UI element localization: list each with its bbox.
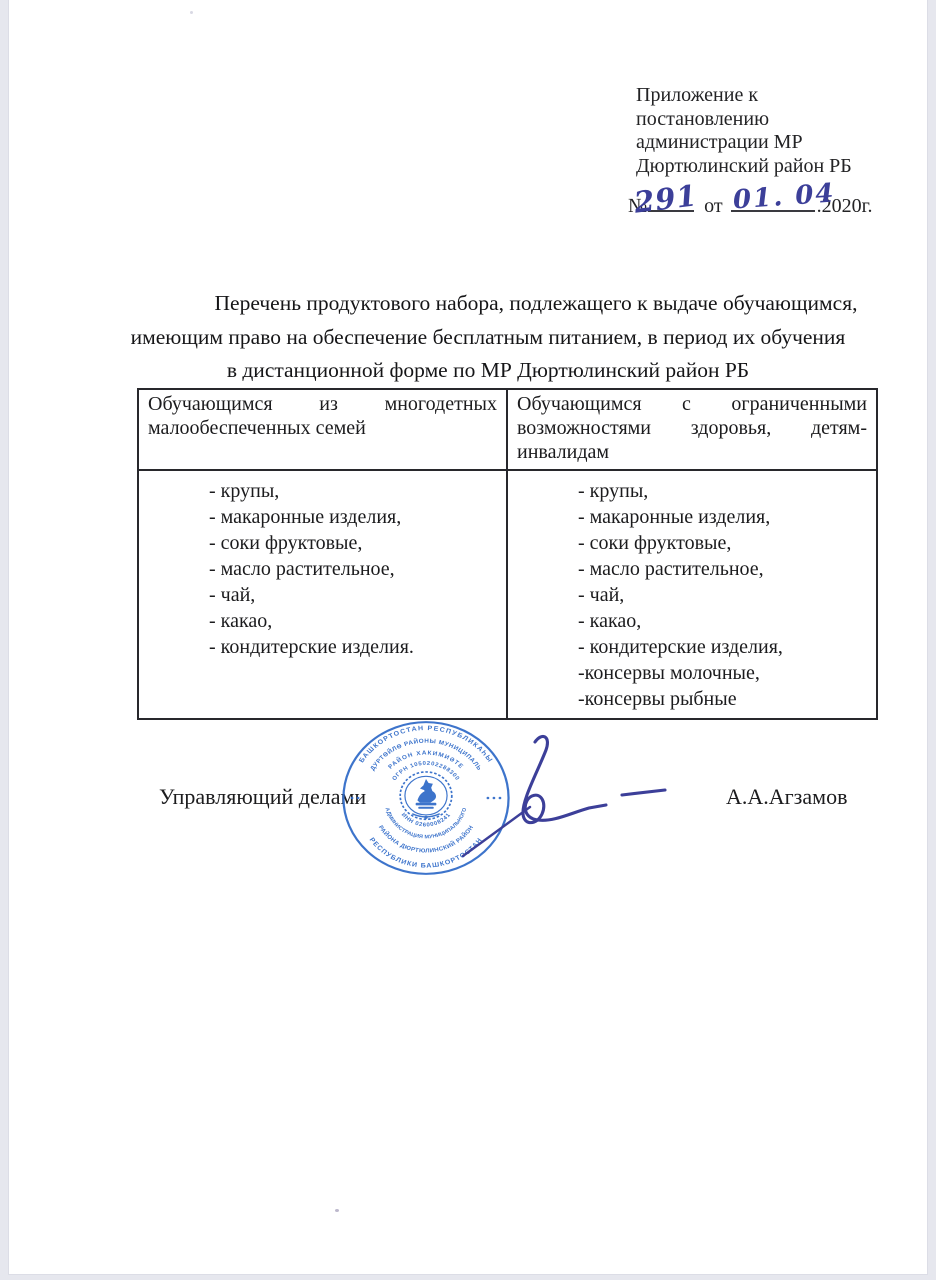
product-list-left: - крупы,- макаронные изделия,- соки фрук… [139,471,508,718]
signatory-role-label: Управляющий делами [159,784,366,810]
product-list-item: - соки фруктовые, [578,530,870,556]
product-list-item: - макаронные изделия, [209,504,500,530]
handwritten-signature [439,728,679,868]
appendix-reference-line: Приложение к [636,84,886,108]
product-list-item: - какао, [578,608,870,634]
table-header-row: Обучающимся из многодетных малообеспечен… [139,390,876,471]
appendix-reference-line: постановлению [636,108,886,132]
product-list-right: - крупы,- макаронные изделия,- соки фрук… [508,471,876,718]
table-header-left: Обучающимся из многодетных малообеспечен… [139,390,508,469]
ot-label: от [704,195,722,218]
product-list-item: - какао, [209,608,500,634]
product-list-item: - масло растительное, [209,556,500,582]
product-list-item: - крупы, [578,478,870,504]
product-list-item: - кондитерские изделия, [578,634,870,660]
scan-speck [335,1209,339,1212]
product-list-item: - соки фруктовые, [209,530,500,556]
table-body-row: - крупы,- макаронные изделия,- соки фрук… [139,471,876,718]
document-page: Приложение кпостановлениюадминистрации М… [9,0,927,1274]
product-list-item: - чай, [209,582,500,608]
number-sign-label: № [628,195,647,218]
appendix-reference-block: Приложение кпостановлениюадминистрации М… [636,84,886,178]
scanned-document: { "header": { "lines": [ "Приложение к",… [0,0,936,1280]
scan-speck [190,11,193,14]
document-title-line: имеющим право на обеспечение бесплатным … [110,321,866,355]
appendix-reference-line: администрации МР [636,131,886,155]
product-list-item: - кондитерские изделия. [209,634,500,660]
products-table: Обучающимся из многодетных малообеспечен… [137,388,878,720]
product-list-item: - крупы, [209,478,500,504]
date-blank-underline: 01. 04 [731,186,815,212]
product-list-item: - макаронные изделия, [578,504,870,530]
product-list-item: -консервы рыбные [578,686,870,712]
product-list-item: - масло растительное, [578,556,870,582]
signatory-name: А.А.Агзамов [726,784,847,810]
product-list-item: -консервы молочные, [578,660,870,686]
document-title-line: Перечень продуктового набора, подлежащег… [110,287,866,321]
product-list-item: - чай, [578,582,870,608]
resolution-number-line: №291от01. 04.2020г. [628,186,873,220]
year-suffix-label: .2020г. [817,195,873,218]
document-title-line: в дистанционной форме по МР Дюртюлинский… [110,354,866,388]
number-blank-underline: 291 [648,186,694,212]
appendix-reference-line: Дюртюлинский район РБ [636,155,886,179]
table-header-right: Обучающимся с ограниченными возможностям… [508,390,876,469]
document-title: Перечень продуктового набора, подлежащег… [110,287,866,388]
